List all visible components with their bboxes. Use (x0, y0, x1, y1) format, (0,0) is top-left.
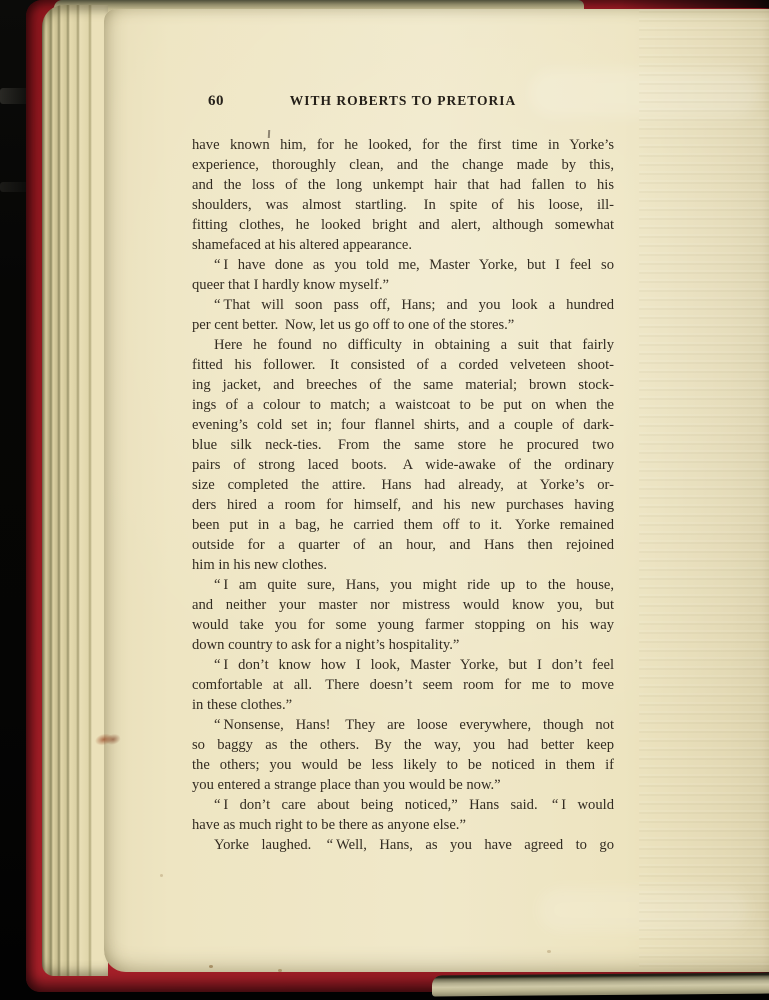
text-line: have known him, for he looked, for the f… (192, 135, 614, 155)
text-line: and the loss of the long unkempt hair th… (192, 175, 614, 195)
text-line: experience, thoroughly clean, and the ch… (192, 155, 614, 175)
paragraph: “ That will soon pass off, Hans; and you… (192, 295, 614, 335)
paragraph: Here he found no difficulty in obtaining… (192, 335, 614, 575)
paper-speck (547, 950, 551, 953)
page-sheen (539, 888, 749, 932)
text-line: “ I am quite sure, Hans, you might ride … (192, 575, 614, 595)
page-number: 60 (208, 93, 224, 110)
page-header: 60 WITH ROBERTS TO PRETORIA (192, 93, 614, 113)
text-line: you entered a strange place than you wou… (192, 775, 614, 795)
text-line: shoulders, was almost startling. In spit… (192, 195, 614, 215)
page-stack-edges (42, 5, 108, 976)
paragraph: “ Nonsense, Hans! They are loose everywh… (192, 715, 614, 795)
text-line: “ I don’t know how I look, Master Yorke,… (192, 655, 614, 675)
paragraph: “ I don’t care about being noticed,” Han… (192, 795, 614, 835)
paragraph: Yorke laughed. “ Well, Hans, as you have… (192, 835, 614, 855)
text-line: been put in a bag, he carried them off t… (192, 515, 614, 535)
book-page: 60 WITH ROBERTS TO PRETORIA have known h… (104, 9, 769, 972)
text-line: fitting clothes, he looked bright and al… (192, 215, 614, 235)
text-line: him in his new clothes. (192, 555, 614, 575)
text-line: queer that I hardly know myself.” (192, 275, 614, 295)
text-line: evening’s cold set in; four flannel shir… (192, 415, 614, 435)
paragraph: “ I don’t know how I look, Master Yorke,… (192, 655, 614, 715)
text-line: “ Nonsense, Hans! They are loose everywh… (192, 715, 614, 735)
paper-speck (160, 874, 163, 877)
book-photo: 60 WITH ROBERTS TO PRETORIA have known h… (0, 0, 769, 1000)
text-line: have as much right to be there as anyone… (192, 815, 614, 835)
bottom-page-edges (432, 973, 769, 997)
text-line: shamefaced at his altered appearance. (192, 235, 614, 255)
text-line: per cent better. Now, let us go off to o… (192, 315, 614, 335)
text-line: and neither your master nor mistress wou… (192, 595, 614, 615)
text-line: down country to ask for a night’s hospit… (192, 635, 614, 655)
text-line: “ I have done as you told me, Master Yor… (192, 255, 614, 275)
text-line: outside for a quarter of an hour, and Ha… (192, 535, 614, 555)
text-line: comfortable at all. There doesn’t seem r… (192, 675, 614, 695)
paragraph: “ I am quite sure, Hans, you might ride … (192, 575, 614, 655)
text-line: pairs of strong laced boots. A wide-awak… (192, 455, 614, 475)
text-line: Yorke laughed. “ Well, Hans, as you have… (192, 835, 614, 855)
text-line: would take you for some young farmer sto… (192, 615, 614, 635)
paper-speck (278, 969, 282, 972)
cover-top-shadow (619, 0, 769, 8)
text-line: fitted his follower. It consisted of a c… (192, 355, 614, 375)
running-title: WITH ROBERTS TO PRETORIA (192, 93, 614, 109)
paper-speck (209, 965, 213, 968)
text-line: “ That will soon pass off, Hans; and you… (192, 295, 614, 315)
paragraph: “ I have done as you told me, Master Yor… (192, 255, 614, 295)
text-line: ing jacket, and breeches of the same mat… (192, 375, 614, 395)
text-line: in these clothes.” (192, 695, 614, 715)
text-line: the others; you would be less likely to … (192, 755, 614, 775)
text-line: Here he found no difficulty in obtaining… (192, 335, 614, 355)
text-line: blue silk neck-ties. From the same store… (192, 435, 614, 455)
text-line: ders hired a room for himself, and his n… (192, 495, 614, 515)
page-text: have known him, for he looked, for the f… (192, 135, 614, 855)
text-line: “ I don’t care about being noticed,” Han… (192, 795, 614, 815)
print-artifact (268, 130, 270, 138)
text-line: size completed the attire. Hans had alre… (192, 475, 614, 495)
text-line: ings of a colour to match; a waistcoat t… (192, 395, 614, 415)
paragraph: have known him, for he looked, for the f… (192, 135, 614, 255)
text-line: so baggy as the others. By the way, you … (192, 735, 614, 755)
